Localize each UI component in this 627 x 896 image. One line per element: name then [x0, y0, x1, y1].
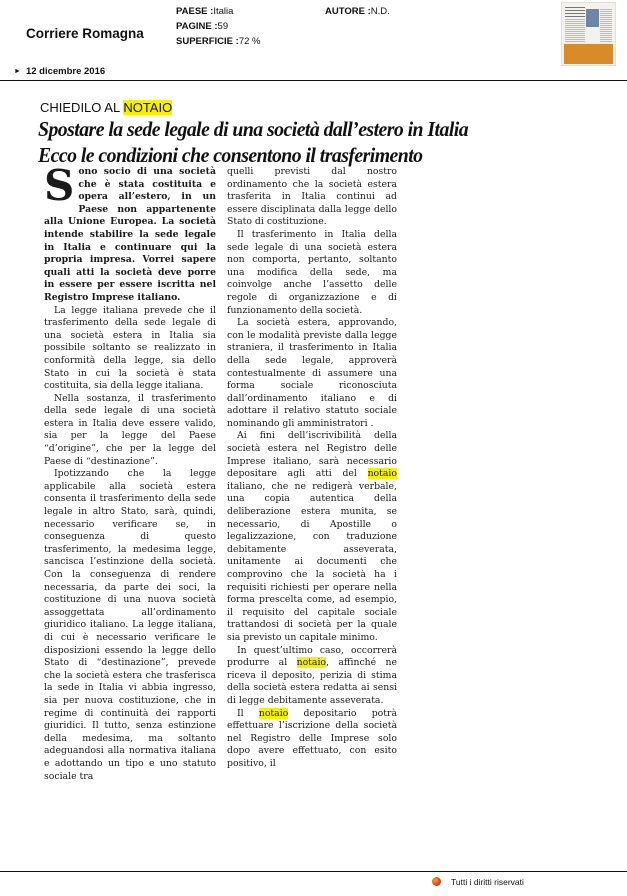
article-headline: Spostare la sede legale di una società d…	[38, 116, 608, 168]
answer-paragraph: La società estera, approvando, con le mo…	[227, 317, 397, 430]
thumbnail-photo	[586, 9, 599, 27]
meta-surface: SUPERFICIE :72 %	[176, 36, 260, 47]
meta-author-value: N.D.	[371, 6, 390, 17]
meta-author-label: AUTORE :	[325, 6, 371, 17]
footer: Tutti i diritti riservati	[432, 877, 524, 887]
rights-notice: Tutti i diritti riservati	[451, 877, 524, 887]
answer-paragraph: La legge italiana prevede che il trasfer…	[44, 305, 216, 393]
keyword-highlight: notaio	[297, 657, 326, 668]
meta-country-label: PAESE :	[176, 6, 213, 17]
article-kicker: CHIEDILO AL NOTAIO	[40, 100, 172, 115]
meta-surface-value: 72 %	[239, 36, 261, 47]
publisher-logo-icon	[432, 877, 441, 886]
thumbnail-text	[600, 9, 612, 43]
meta-author: AUTORE :N.D.	[325, 6, 390, 17]
answer-paragraph: Ipotizzando che la legge applicabile all…	[44, 468, 216, 783]
answer-paragraph: Nella sostanza, il trasferimento della s…	[44, 393, 216, 469]
thumbnail-text	[565, 19, 585, 43]
thumbnail-headline	[565, 7, 585, 17]
answer-paragraph: Il trasferimento in Italia della sede le…	[227, 229, 397, 317]
keyword-highlight: notaio	[259, 708, 288, 719]
drop-cap: S	[44, 168, 74, 204]
article-column-1: S ono socio di una società che è stata c…	[44, 166, 216, 783]
paragraph-text: italiano, che ne redigerà verbale, una c…	[227, 481, 397, 643]
meta-country: PAESE :Italia	[176, 6, 233, 17]
footer-divider	[0, 871, 627, 872]
publication-title: Corriere Romagna	[26, 26, 144, 41]
date-text: 12 dicembre 2016	[26, 66, 105, 77]
answer-paragraph: Ai fini dell’iscrivibilità della società…	[227, 430, 397, 644]
meta-pages-label: PAGINE :	[176, 21, 218, 32]
headline-line-2: Ecco le condizioni che consentono il tra…	[38, 142, 608, 168]
publication-date: ►12 dicembre 2016	[14, 66, 105, 77]
headline-line-1: Spostare la sede legale di una società d…	[38, 116, 608, 142]
meta-pages-value: 59	[218, 21, 229, 32]
page-thumbnail[interactable]	[561, 2, 616, 66]
kicker-text: CHIEDILO AL	[40, 100, 123, 115]
keyword-highlight: notaio	[368, 468, 397, 479]
answer-paragraph: In quest’ultimo caso, occorrerà produrre…	[227, 645, 397, 708]
paragraph-text: Il	[237, 708, 259, 719]
answer-paragraph: quelli previsti dal nostro ordinamento c…	[227, 166, 397, 229]
arrow-right-icon: ►	[14, 68, 21, 75]
meta-surface-label: SUPERFICIE :	[176, 36, 239, 47]
answer-paragraph: Il notaio depositario potrà effettuare l…	[227, 708, 397, 771]
header-divider	[0, 80, 627, 81]
kicker-highlight: NOTAIO	[123, 100, 172, 115]
meta-pages: PAGINE :59	[176, 21, 228, 32]
thumbnail-highlight-box	[564, 44, 613, 64]
meta-country-value: Italia	[213, 6, 233, 17]
article-column-2: quelli previsti dal nostro ordinamento c…	[227, 166, 397, 771]
